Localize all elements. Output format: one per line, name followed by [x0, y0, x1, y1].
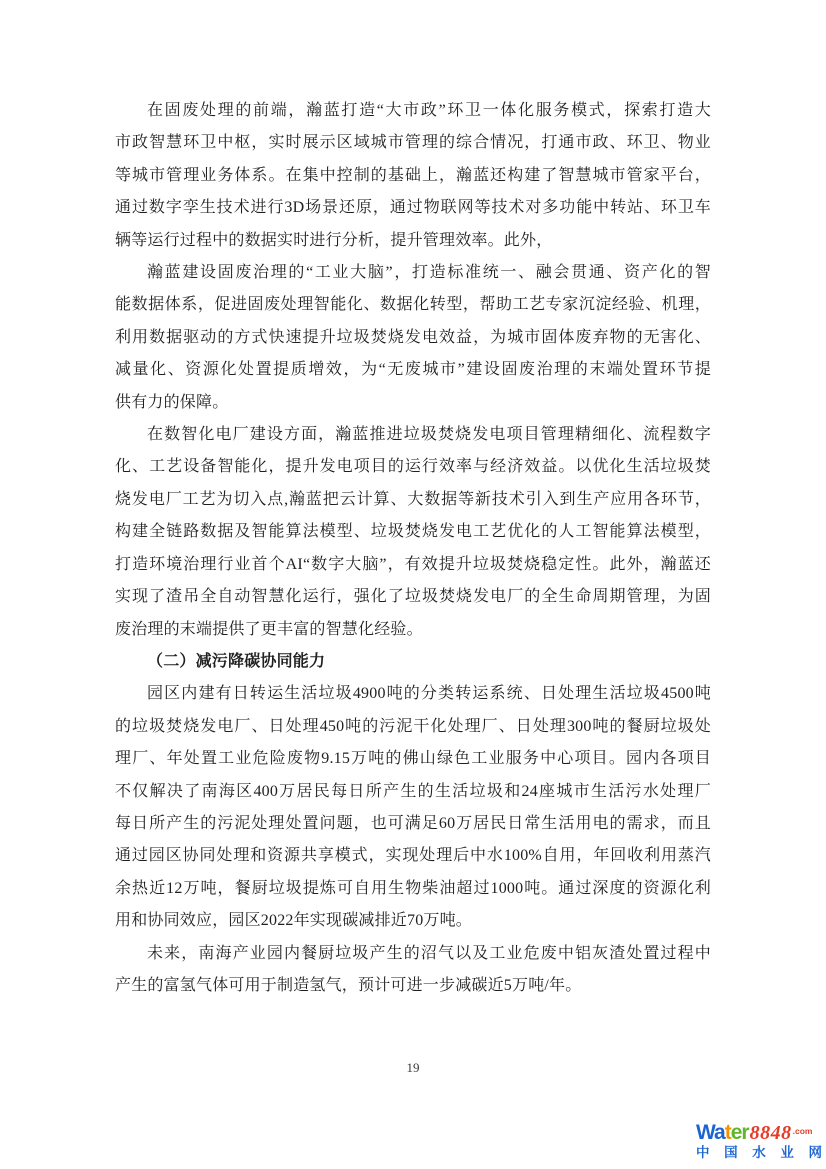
text-line: 不仅解决了南海区400万居民每日所产生的生活垃圾和24座城市生活污水处理厂	[115, 776, 711, 808]
text-line: 打造环境治理行业首个AI“数字大脑”，有效提升垃圾焚烧稳定性。此外，瀚蓝还	[115, 549, 711, 581]
text-line: 余热近12万吨，餐厨垃圾提炼可自用生物柴油超过1000吨。通过深度的资源化利	[115, 873, 711, 905]
text-line: 实现了渣吊全自动智慧化运行，强化了垃圾焚烧发电厂的全生命周期管理，为固	[115, 581, 711, 613]
text-line: 通过园区协同处理和资源共享模式，实现处理后中水100%自用，年回收利用蒸汽	[115, 840, 711, 872]
text-line: 在固废处理的前端，瀚蓝打造“大市政”环卫一体化服务模式，探索打造大	[115, 95, 711, 127]
document-page: 在固废处理的前端，瀚蓝打造“大市政”环卫一体化服务模式，探索打造大市政智慧环卫中…	[0, 0, 826, 1169]
text-line: 瀚蓝建设固废治理的“工业大脑”，打造标准统一、融会贯通、资产化的智	[115, 257, 711, 289]
brand-letter: a	[714, 1121, 725, 1144]
text-line: 等城市管理业务体系。在集中控制的基础上，瀚蓝还构建了智慧城市管家平台，	[115, 160, 711, 192]
text-line: 利用数据驱动的方式快速提升垃圾焚烧发电效益，为城市固体废弃物的无害化、	[115, 322, 711, 354]
text-line: 废治理的末端提供了更丰富的智慧化经验。	[115, 614, 711, 646]
text-line: 未来，南海产业园内餐厨垃圾产生的沼气以及工业危废中铝灰渣处置过程中	[115, 938, 711, 970]
water8848-chinese-name: 中国水业网	[696, 1145, 822, 1160]
text-line: 用和协同效应，园区2022年实现碳减排近70万吨。	[115, 905, 711, 937]
section-heading: （二）减污降碳协同能力	[115, 646, 711, 678]
brand-tld-com: .com	[793, 1120, 813, 1142]
water8848-wordmark: Water 8848 .com	[696, 1120, 822, 1144]
text-line: 烧发电厂工艺为切入点,瀚蓝把云计算、大数据等新技术引入到生产应用各环节，	[115, 484, 711, 516]
page-number: 19	[0, 1060, 826, 1076]
text-line: 化、工艺设备智能化，提升发电项目的运行效率与经济效益。以优化生活垃圾焚	[115, 451, 711, 483]
document-body: 在固废处理的前端，瀚蓝打造“大市政”环卫一体化服务模式，探索打造大市政智慧环卫中…	[115, 95, 711, 1002]
text-line: 的垃圾焚烧发电厂、日处理450吨的污泥干化处理厂、日处理300吨的餐厨垃圾处	[115, 711, 711, 743]
text-line: 园区内建有日转运生活垃圾4900吨的分类转运系统、日处理生活垃圾4500吨	[115, 678, 711, 710]
text-line: 市政智慧环卫中枢，实时展示区域城市管理的综合情况，打通市政、环卫、物业	[115, 127, 711, 159]
brand-word-water: Water	[696, 1122, 749, 1144]
text-line: 产生的富氢气体可用于制造氢气，预计可进一步减碳近5万吨/年。	[115, 970, 711, 1002]
text-line: 供有力的保障。	[115, 387, 711, 419]
brand-cn-char: 网	[809, 1145, 823, 1160]
text-line: 每日所产生的污泥处理处置问题，也可满足60万居民日常生活用电的需求，而且	[115, 808, 711, 840]
brand-number-8848: 8848	[750, 1122, 792, 1144]
text-line: 减量化、资源化处置提质增效，为“无废城市”建设固废治理的末端处置环节提	[115, 354, 711, 386]
text-line: 构建全链路数据及智能算法模型、垃圾焚烧发电工艺优化的人工智能算法模型，	[115, 516, 711, 548]
brand-cn-char: 业	[780, 1145, 794, 1160]
brand-letter: r	[741, 1121, 748, 1144]
brand-letter: W	[696, 1121, 714, 1144]
water8848-logo: Water 8848 .com 中国水业网	[696, 1120, 822, 1160]
text-line: 理厂、年处置工业危险废物9.15万吨的佛山绿色工业服务中心项目。园内各项目	[115, 743, 711, 775]
brand-letter: e	[731, 1121, 742, 1144]
brand-cn-char: 水	[752, 1145, 766, 1160]
text-line: 在数智化电厂建设方面，瀚蓝推进垃圾焚烧发电项目管理精细化、流程数字	[115, 419, 711, 451]
brand-cn-char: 中	[696, 1145, 710, 1160]
brand-cn-char: 国	[724, 1145, 738, 1160]
text-line: 能数据体系，促进固废处理智能化、数据化转型，帮助工艺专家沉淀经验、机理，	[115, 289, 711, 321]
text-line: 辆等运行过程中的数据实时进行分析，提升管理效率。此外，	[115, 225, 711, 257]
text-line: 通过数字孪生技术进行3D场景还原，通过物联网等技术对多功能中转站、环卫车	[115, 192, 711, 224]
